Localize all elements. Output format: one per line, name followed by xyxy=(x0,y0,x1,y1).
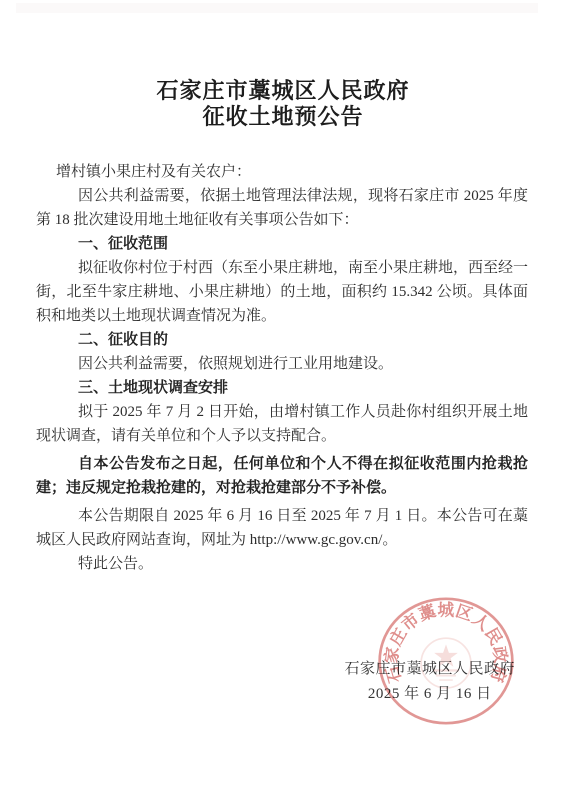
validity-paragraph: 本公告期限自 2025 年 6 月 16 日至 2025 年 7 月 1 日。本… xyxy=(36,504,528,552)
page-title: 石家庄市藁城区人民政府 征收土地预公告 xyxy=(0,0,566,130)
section-3-body: 拟于 2025 年 7 月 2 日开始，由增村镇工作人员赴你村组织开展土地现状调… xyxy=(36,400,528,448)
section-2-body: 因公共利益需要，依照规划进行工业用地建设。 xyxy=(36,352,528,376)
announcement-page: 石家庄市藁城区人民政府 征收土地预公告 增村镇小果庄村及有关农户： 因公共利益需… xyxy=(0,0,566,800)
signature-block: 石家庄市藁城区人民政府 2025 年 6 月 16 日 xyxy=(344,657,515,707)
section-2-heading: 二、征收目的 xyxy=(36,328,528,352)
document-body: 增村镇小果庄村及有关农户： 因公共利益需要，依据土地管理法律法规，现将石家庄市 … xyxy=(36,160,528,576)
section-1-heading: 一、征收范围 xyxy=(36,232,528,256)
signature-issuer: 石家庄市藁城区人民政府 xyxy=(344,657,515,682)
intro-paragraph: 因公共利益需要，依据土地管理法律法规，现将石家庄市 2025 年度第 18 批次… xyxy=(36,184,528,232)
title-line-1: 石家庄市藁城区人民政府 xyxy=(0,78,566,104)
salutation: 增村镇小果庄村及有关农户： xyxy=(36,160,528,184)
closing-line: 特此公告。 xyxy=(36,552,528,576)
scan-artifact xyxy=(16,3,538,13)
section-1-body: 拟征收你村位于村西（东至小果庄耕地，南至小果庄耕地，西至经一街，北至牛家庄耕地、… xyxy=(36,256,528,328)
section-3-heading: 三、土地现状调查安排 xyxy=(36,376,528,400)
signature-date: 2025 年 6 月 16 日 xyxy=(344,682,515,707)
title-line-2: 征收土地预公告 xyxy=(0,104,566,130)
warning-paragraph: 自本公告发布之日起，任何单位和个人不得在拟征收范围内抢栽抢建；违反规定抢栽抢建的… xyxy=(36,452,528,500)
